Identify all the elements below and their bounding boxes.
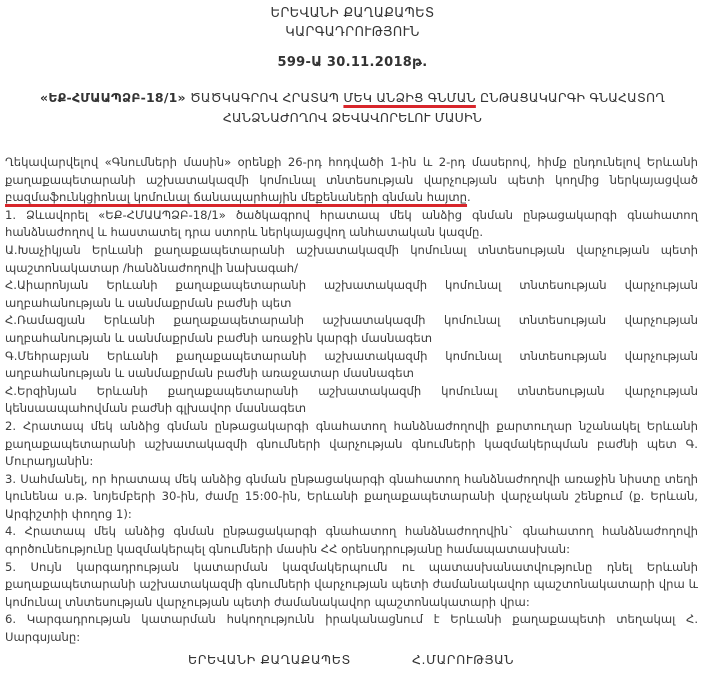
clause-1: 1. Ձևավորել «ԵՔ-ՀՄԱԱՊՁԲ-18/1» ծածկագրով … <box>5 207 698 242</box>
member-3: Հ.Ռամազյան Երևանի քաղաքապետարանի աշխատակ… <box>5 312 698 347</box>
member-1: Ա.Խաչիկյան Երևանի քաղաքապետարանի աշխատակ… <box>5 242 698 277</box>
signature-name: Հ.ՄԱՐՈՒԹՅԱՆ <box>412 652 514 667</box>
intro-end: . <box>467 190 471 204</box>
member-4: Գ.Մեհրաբյան Երևանի քաղաքապետարանի աշխատա… <box>5 348 698 383</box>
intro-highlighted-phrase: բազմաֆունկցիոնալ կոմունալ ճանապարհային մ… <box>5 190 467 204</box>
clause-2: 2. Հրատապ մեկ անձից գնման ընթացակարգի գն… <box>5 418 698 471</box>
title-part-a: ԾԱԾԿԱԳՐՈՎ ՀՐԱՏԱՊ <box>186 90 344 105</box>
intro-paragraph: Ղեկավարվելով «Գնումների մասին» օրենքի 26… <box>5 154 698 207</box>
clause-3: 3. Սահմանել, որ հրատապ մեկ անձից գնման ը… <box>5 471 698 524</box>
clause-4: 4. Հրատապ մեկ անձից գնման ընթացակարգի գն… <box>5 523 698 558</box>
clause-6: 6. Կարգադրության կատարման հսկողությունն … <box>5 611 698 646</box>
intro-text: Ղեկավարվելով «Գնումների մասին» օրենքի 26… <box>5 155 698 187</box>
document-title-line-2: ՀԱՆՁՆԱԺՈՂՈՎ ՁԵՎԱՎՈՐԵԼՈՒ ՄԱՍԻՆ <box>0 110 705 125</box>
document-page: ԵՐԵՎԱՆԻ ՔԱՂԱՔԱՊԵՏ ԿԱՐԳԱԴՐՈՒԹՅՈՒՆ 599-Ա 3… <box>0 0 705 680</box>
clause-5: 5. Սույն կարգադրության կատարման կազմակեր… <box>5 559 698 612</box>
issuer-title: ԵՐԵՎԱՆԻ ՔԱՂԱՔԱՊԵՏ <box>0 6 705 21</box>
member-5: Հ.Երզինյան Երևանի քաղաքապետարանի աշխատակ… <box>5 383 698 418</box>
title-highlighted-phrase: ՄԵԿ ԱՆՁԻՑ ԳՆՄԱՆ <box>343 90 475 105</box>
title-part-b: ԸՆԹԱՑԱԿԱՐԳԻ ԳՆԱՀԱՏՈՂ <box>476 90 665 105</box>
document-title-line-1: «ԵՔ-ՀՄԱԱՊՁԲ-18/1» ԾԱԾԿԱԳՐՈՎ ՀՐԱՏԱՊ ՄԵԿ Ա… <box>0 90 705 105</box>
document-number-date: 599-Ա 30.11.2018թ. <box>0 55 705 70</box>
title-code: «ԵՔ-ՀՄԱԱՊՁԲ-18/1» <box>40 90 186 105</box>
document-type: ԿԱՐԳԱԴՐՈՒԹՅՈՒՆ <box>0 25 705 40</box>
member-2: Հ.Աիարոնյան Երևանի քաղաքապետարանի աշխատա… <box>5 277 698 312</box>
signature-position: ԵՐԵՎԱՆԻ ՔԱՂԱՔԱՊԵՏ <box>188 652 351 667</box>
document-body: Ղեկավարվելով «Գնումների մասին» օրենքի 26… <box>5 154 698 647</box>
